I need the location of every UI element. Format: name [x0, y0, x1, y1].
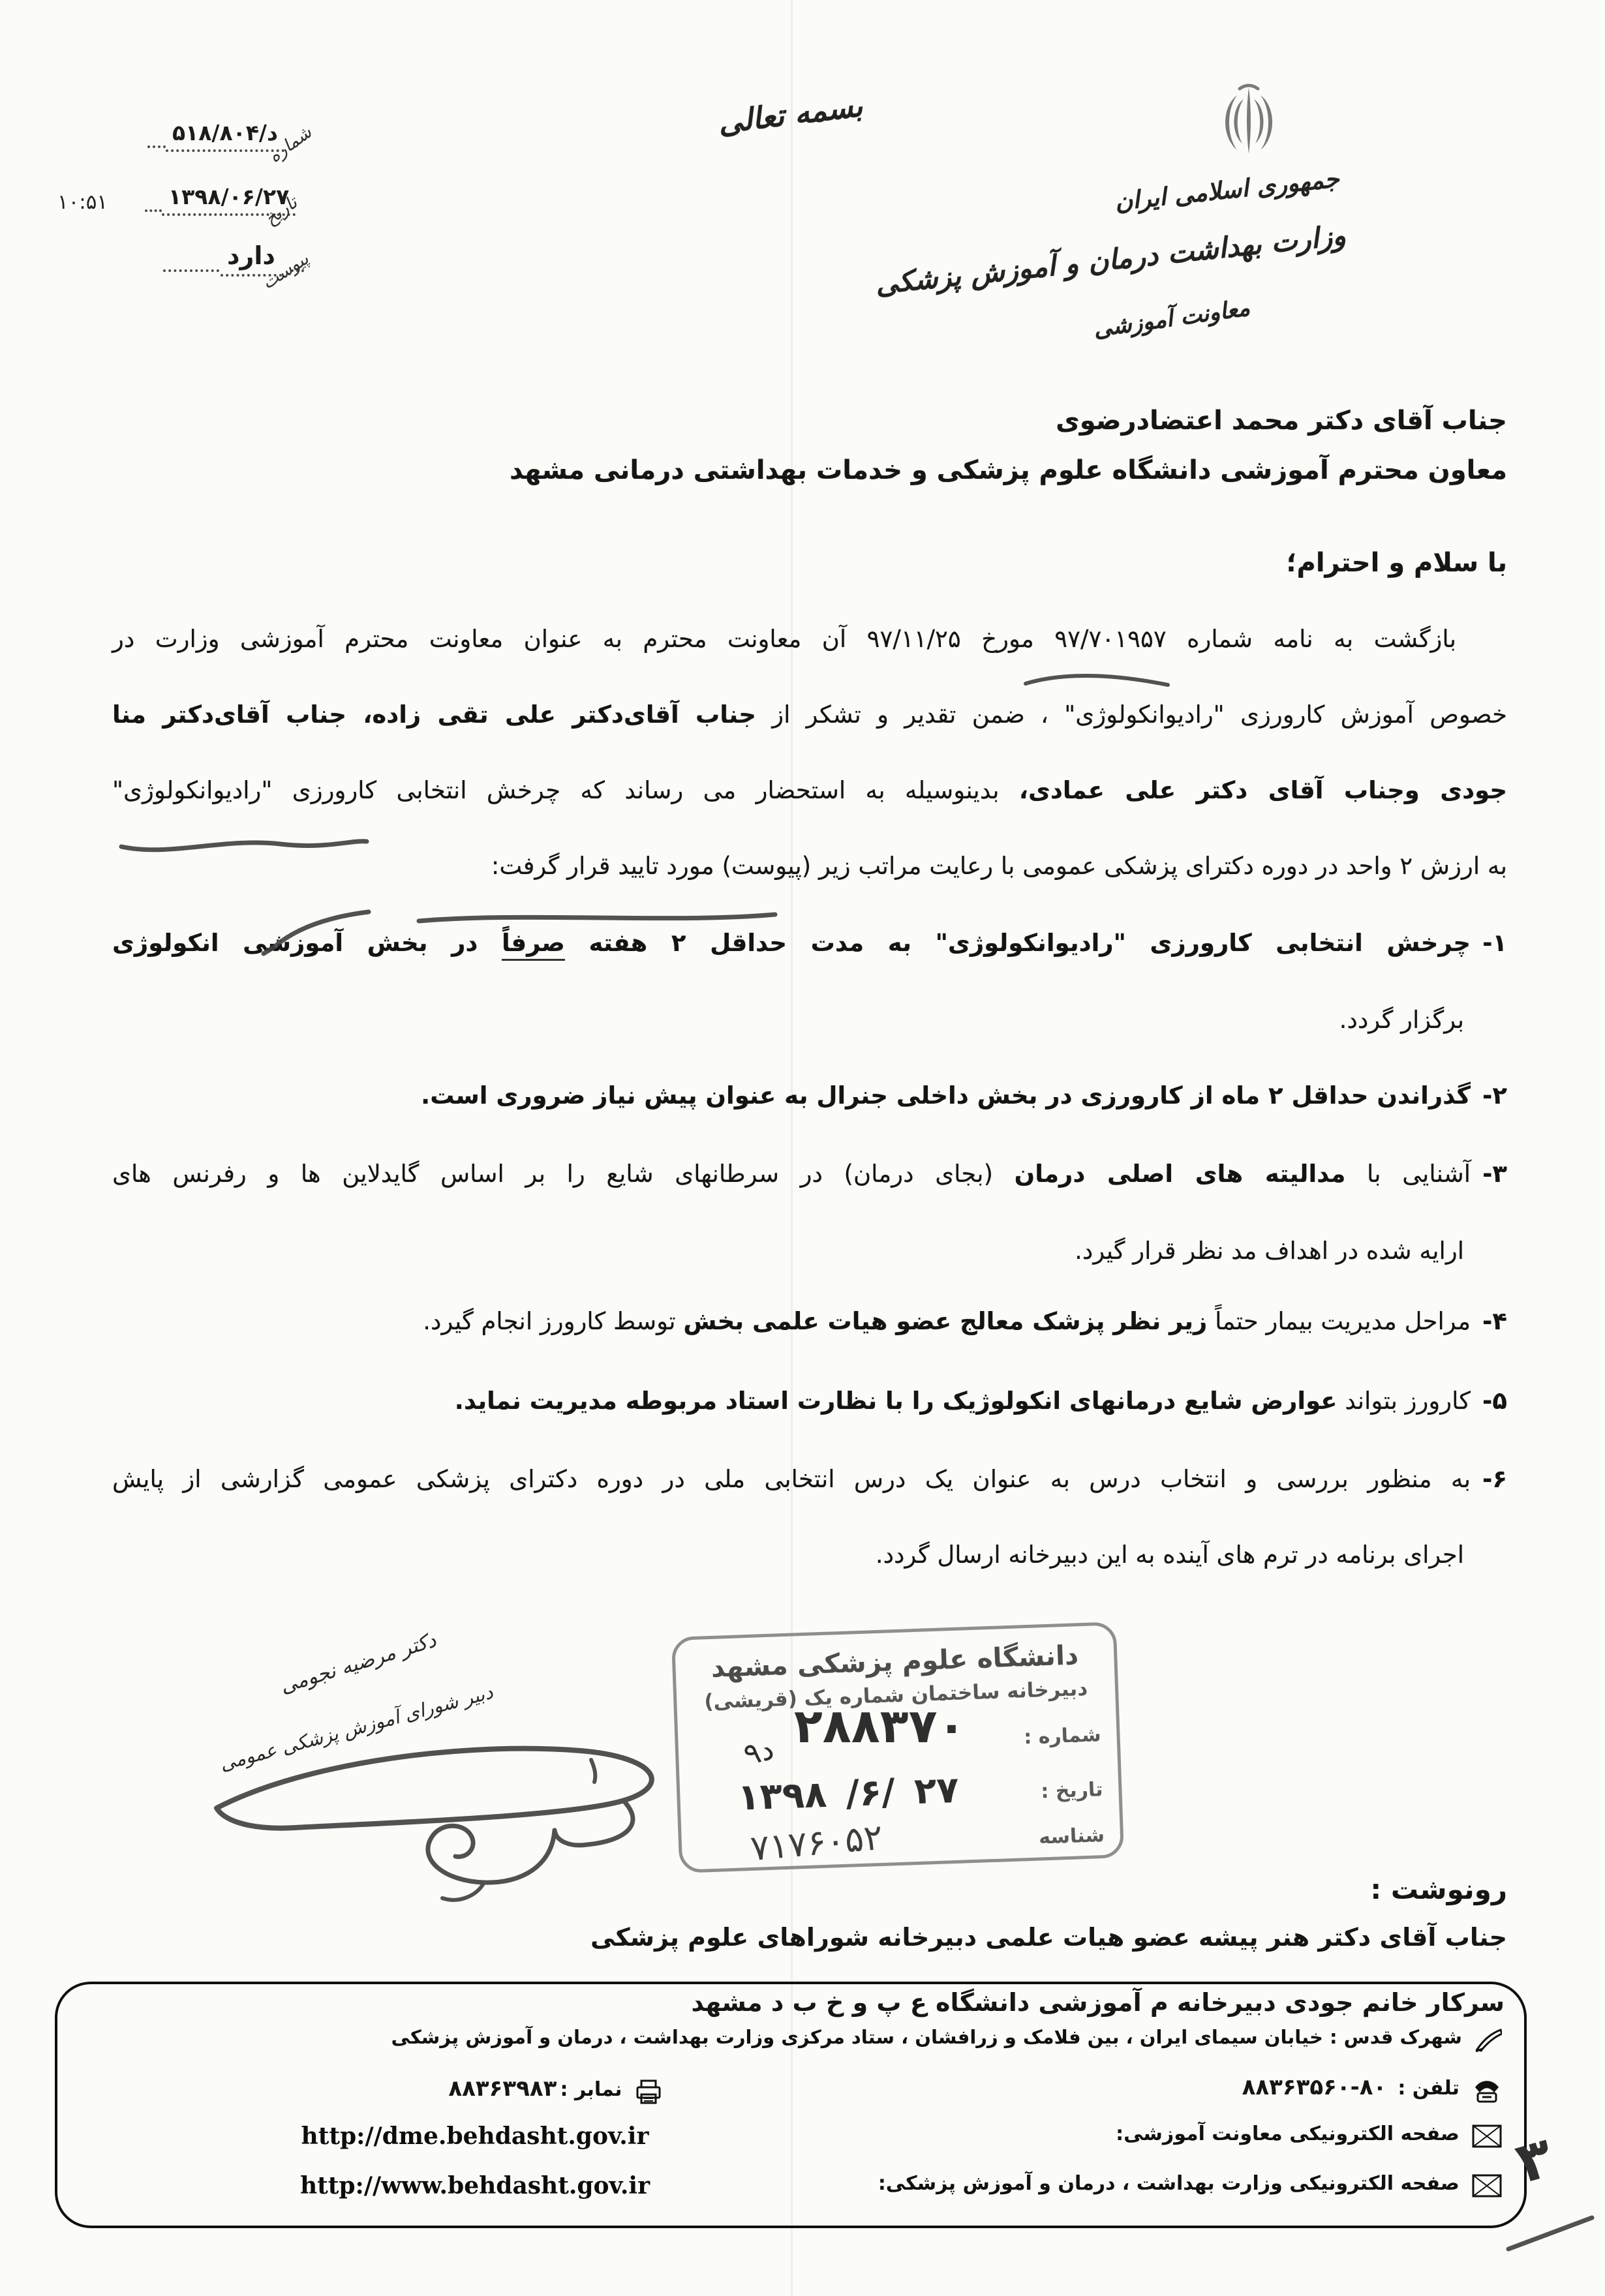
body-line-4: به ارزش ۲ واحد در دوره دکترای پزشکی عموم… — [112, 848, 1507, 884]
salutation: با سلام و احترام؛ — [1287, 548, 1507, 578]
item-text: اجرای برنامه در ترم های آینده به این دبی… — [876, 1541, 1464, 1569]
item-text: به منظور بررسی و انتخاب درس به عنوان یک … — [112, 1465, 1471, 1493]
stamp-date-handwritten: ۱۳۹۸ /۶/ ۲۷ — [737, 1769, 959, 1819]
list-item-6: ۶-به منظور بررسی و انتخاب درس به عنوان ی… — [112, 1461, 1507, 1498]
list-item-4: ۴-مراحل مدیریت بیمار حتماً زیر نظر پزشک … — [112, 1303, 1507, 1340]
stamp-number-handwritten: ۲۸۸۳۷۰ — [794, 1699, 966, 1753]
phone-row: تلفن : ۸۸۳۶۳۵۶۰-۸۰ — [1242, 2074, 1505, 2107]
item-number: ۱- — [1482, 929, 1507, 957]
item-text-bold: عوارض شایع درمانهای انکولوژیک — [943, 1387, 1337, 1415]
phone-label: تلفن : — [1398, 2077, 1460, 2100]
registration-stamp: دانشگاه علوم پزشکی مشهد دبیرخانه ساختمان… — [671, 1622, 1124, 1873]
footer-contact-box: سرکار خانم جودی دبیرخانه م آموزشی دانشگا… — [55, 1982, 1527, 2228]
signer-role: دبیر شورای آموزش پزشکی عمومی — [217, 1681, 495, 1775]
mentioned-doctors: جناب آقای‌دکتر علی تقی زاده، جناب آقای‌د… — [112, 701, 756, 729]
stamp-number-label: شماره : — [1024, 1723, 1101, 1749]
item-text: در بخش آموزشی انکولوژی — [112, 929, 502, 957]
recipient-title: معاون محترم آموزشی دانشگاه علوم پزشکی و … — [510, 455, 1507, 485]
dotted-leader — [145, 209, 162, 212]
stamp-number-note-handwritten: د۹ — [740, 1730, 778, 1772]
stamp-date-label: تاریخ : — [1041, 1778, 1103, 1803]
item-number: ۴- — [1482, 1307, 1507, 1335]
pen-annotations — [0, 0, 1605, 2296]
item-number: ۲- — [1482, 1081, 1507, 1110]
signature-dash — [591, 1760, 595, 1782]
list-item-1: ۱-چرخش انتخابی کارورزی "رادیوانکولوژی" ب… — [112, 925, 1507, 961]
scanned-official-letter: ۱۰:۵۱ د/۵۱۸/۸۰۴ شماره ۱۳۹۸/۰۶/۲۷ تاریخ د… — [0, 0, 1605, 2296]
recipient-name: جناب آقای دکتر محمد اعتضادرضوی — [1056, 406, 1507, 436]
signature-loop — [217, 1749, 652, 1828]
signer-name: دکتر مرضیه نجومی — [277, 1629, 439, 1699]
dotted-leader — [163, 269, 219, 272]
fax-icon — [635, 2079, 662, 2107]
copies-recipient-2: سرکار خانم جودی دبیرخانه م آموزشی دانشگا… — [691, 1988, 1505, 2017]
body-line-3: جودی وجناب آقای دکتر علی عمادی، بدینوسیل… — [112, 772, 1507, 809]
item-number: ۵- — [1482, 1387, 1507, 1415]
body-text: خصوص آموزش کارورزی "رادیوانکولوژی" ، ضمن… — [756, 701, 1507, 729]
item-text: کارورز بتواند — [1337, 1387, 1471, 1415]
email2-label: صفحه الکترونیکی وزارت بهداشت ، درمان و آ… — [878, 2172, 1460, 2195]
envelope-icon — [1472, 2124, 1502, 2151]
copies-recipient-1: جناب آقای دکتر هنر پیشه عضو هیات علمی دب… — [590, 1923, 1507, 1952]
email2-row: صفحه الکترونیکی وزارت بهداشت ، درمان و آ… — [878, 2172, 1505, 2200]
signature-meem — [428, 1826, 555, 1882]
pen-icon — [1475, 2027, 1502, 2055]
list-item-2: ۲-گذراندن حداقل ۲ ماه از کارورزی در بخش … — [112, 1078, 1507, 1114]
email1-label: صفحه الکترونیکی معاونت آموزشی: — [1116, 2122, 1460, 2145]
address-row: شهرک قدس : خیابان سیمای ایران ، بین فلام… — [391, 2026, 1505, 2055]
item-number: ۳- — [1482, 1160, 1507, 1188]
letterhead-ministry: وزارت بهداشت درمان و آموزش پزشکی — [874, 219, 1347, 301]
body-text: به ارزش ۲ واحد در دوره دکترای پزشکی عموم… — [491, 852, 1507, 880]
letterhead-country: جمهوری اسلامی ایران — [1113, 164, 1340, 216]
item-text: مراحل مدیریت بیمار حتماً — [1207, 1307, 1471, 1335]
copies-heading: رونوشت : — [1370, 1873, 1507, 1905]
item-text: برگزار گردد. — [1339, 1006, 1464, 1034]
fax-value: ۸۸۳۶۳۹۸۳ — [448, 2076, 557, 2102]
scan-time: ۱۰:۵۱ — [57, 190, 108, 214]
email1-row: صفحه الکترونیکی معاونت آموزشی: — [1116, 2122, 1505, 2151]
iran-emblem-icon — [1217, 81, 1280, 160]
item-text: گذراندن حداقل ۲ ماه از کارورزی در بخش دا… — [421, 1081, 1471, 1110]
envelope-icon — [1472, 2174, 1502, 2200]
email2-url: http://www.behdasht.gov.ir — [253, 2172, 697, 2199]
fax-label: نمابر : — [560, 2078, 622, 2101]
item-number: ۶- — [1482, 1465, 1507, 1493]
body-line-2: خصوص آموزش کارورزی "رادیوانکولوژی" ، ضمن… — [112, 697, 1507, 733]
address-text: شهرک قدس : خیابان سیمای ایران ، بین فلام… — [391, 2026, 1462, 2048]
item-text: توسط کارورز انجام گیرد. — [423, 1307, 683, 1335]
stamp-id-label: شناسه — [1039, 1824, 1105, 1849]
body-line-1: بازگشت به نامه شماره ۹۷/۷۰۱۹۵۷ مورخ ۹۷/۱… — [112, 621, 1507, 657]
underline-line4 — [419, 914, 775, 921]
body-text: بدینوسیله به استحضار می رساند که چرخش ان… — [112, 776, 1019, 804]
phone-value: ۸۸۳۶۳۵۶۰-۸۰ — [1242, 2074, 1387, 2100]
item-text: ارایه شده در اهداف مد نظر قرار گیرد. — [1075, 1237, 1464, 1265]
fax-row: نمابر : ۸۸۳۶۳۹۸۳ — [331, 2076, 775, 2107]
list-item-6-cont: اجرای برنامه در ترم های آینده به این دبی… — [112, 1537, 1507, 1573]
signature-curve — [555, 1800, 633, 1845]
underline-ref-number — [1026, 676, 1168, 685]
scan-fold-line — [791, 0, 793, 2296]
body-text: بازگشت به نامه شماره — [1167, 625, 1456, 653]
email1-url: http://dme.behdasht.gov.ir — [253, 2122, 697, 2150]
item-text: (بجای درمان) در سرطانهای شایع را بر اساس… — [112, 1160, 1015, 1188]
item-text: چرخش انتخابی کارورزی "رادیوانکولوژی" به … — [565, 929, 1471, 957]
phone-icon — [1472, 2077, 1502, 2107]
item-text: آشنایی با — [1345, 1160, 1471, 1188]
referenced-letter-number: ۹۷/۷۰۱۹۵۷ — [1054, 625, 1166, 653]
mentioned-doctors: جودی وجناب آقای دکتر علی عمادی، — [1019, 776, 1507, 804]
letterhead-deputy: معاونت آموزشی — [1092, 295, 1251, 342]
underlined-word: صرفاً — [502, 929, 565, 961]
dotted-leader — [147, 145, 166, 148]
list-item-5: ۵-کارورز بتواند عوارض شایع درمانهای انکو… — [112, 1383, 1507, 1419]
list-item-1-cont: برگزار گردد. — [112, 1002, 1507, 1038]
page-mark-underline — [1508, 2218, 1592, 2249]
item-text-bold: مدالیته های اصلی درمان — [1015, 1160, 1346, 1188]
body-text: مورخ ۹۷/۱۱/۲۵ آن معاونت محترم به عنوان م… — [112, 625, 1054, 653]
signature-tail — [442, 1882, 484, 1900]
item-text: را با نظارت استاد مربوطه مدیریت نماید. — [455, 1387, 943, 1415]
item-text-bold: زیر نظر پزشک معالج عضو هیات علمی بخش — [683, 1307, 1207, 1335]
ref-number-value: د/۵۱۸/۸۰۴ — [166, 120, 284, 152]
list-item-3: ۳-آشنایی با مدالیته های اصلی درمان (بجای… — [112, 1156, 1507, 1192]
list-item-3-cont: ارایه شده در اهداف مد نظر قرار گیرد. — [112, 1233, 1507, 1269]
stamp-id-handwritten: ۷۱۷۶۰۵۲ — [749, 1817, 885, 1869]
